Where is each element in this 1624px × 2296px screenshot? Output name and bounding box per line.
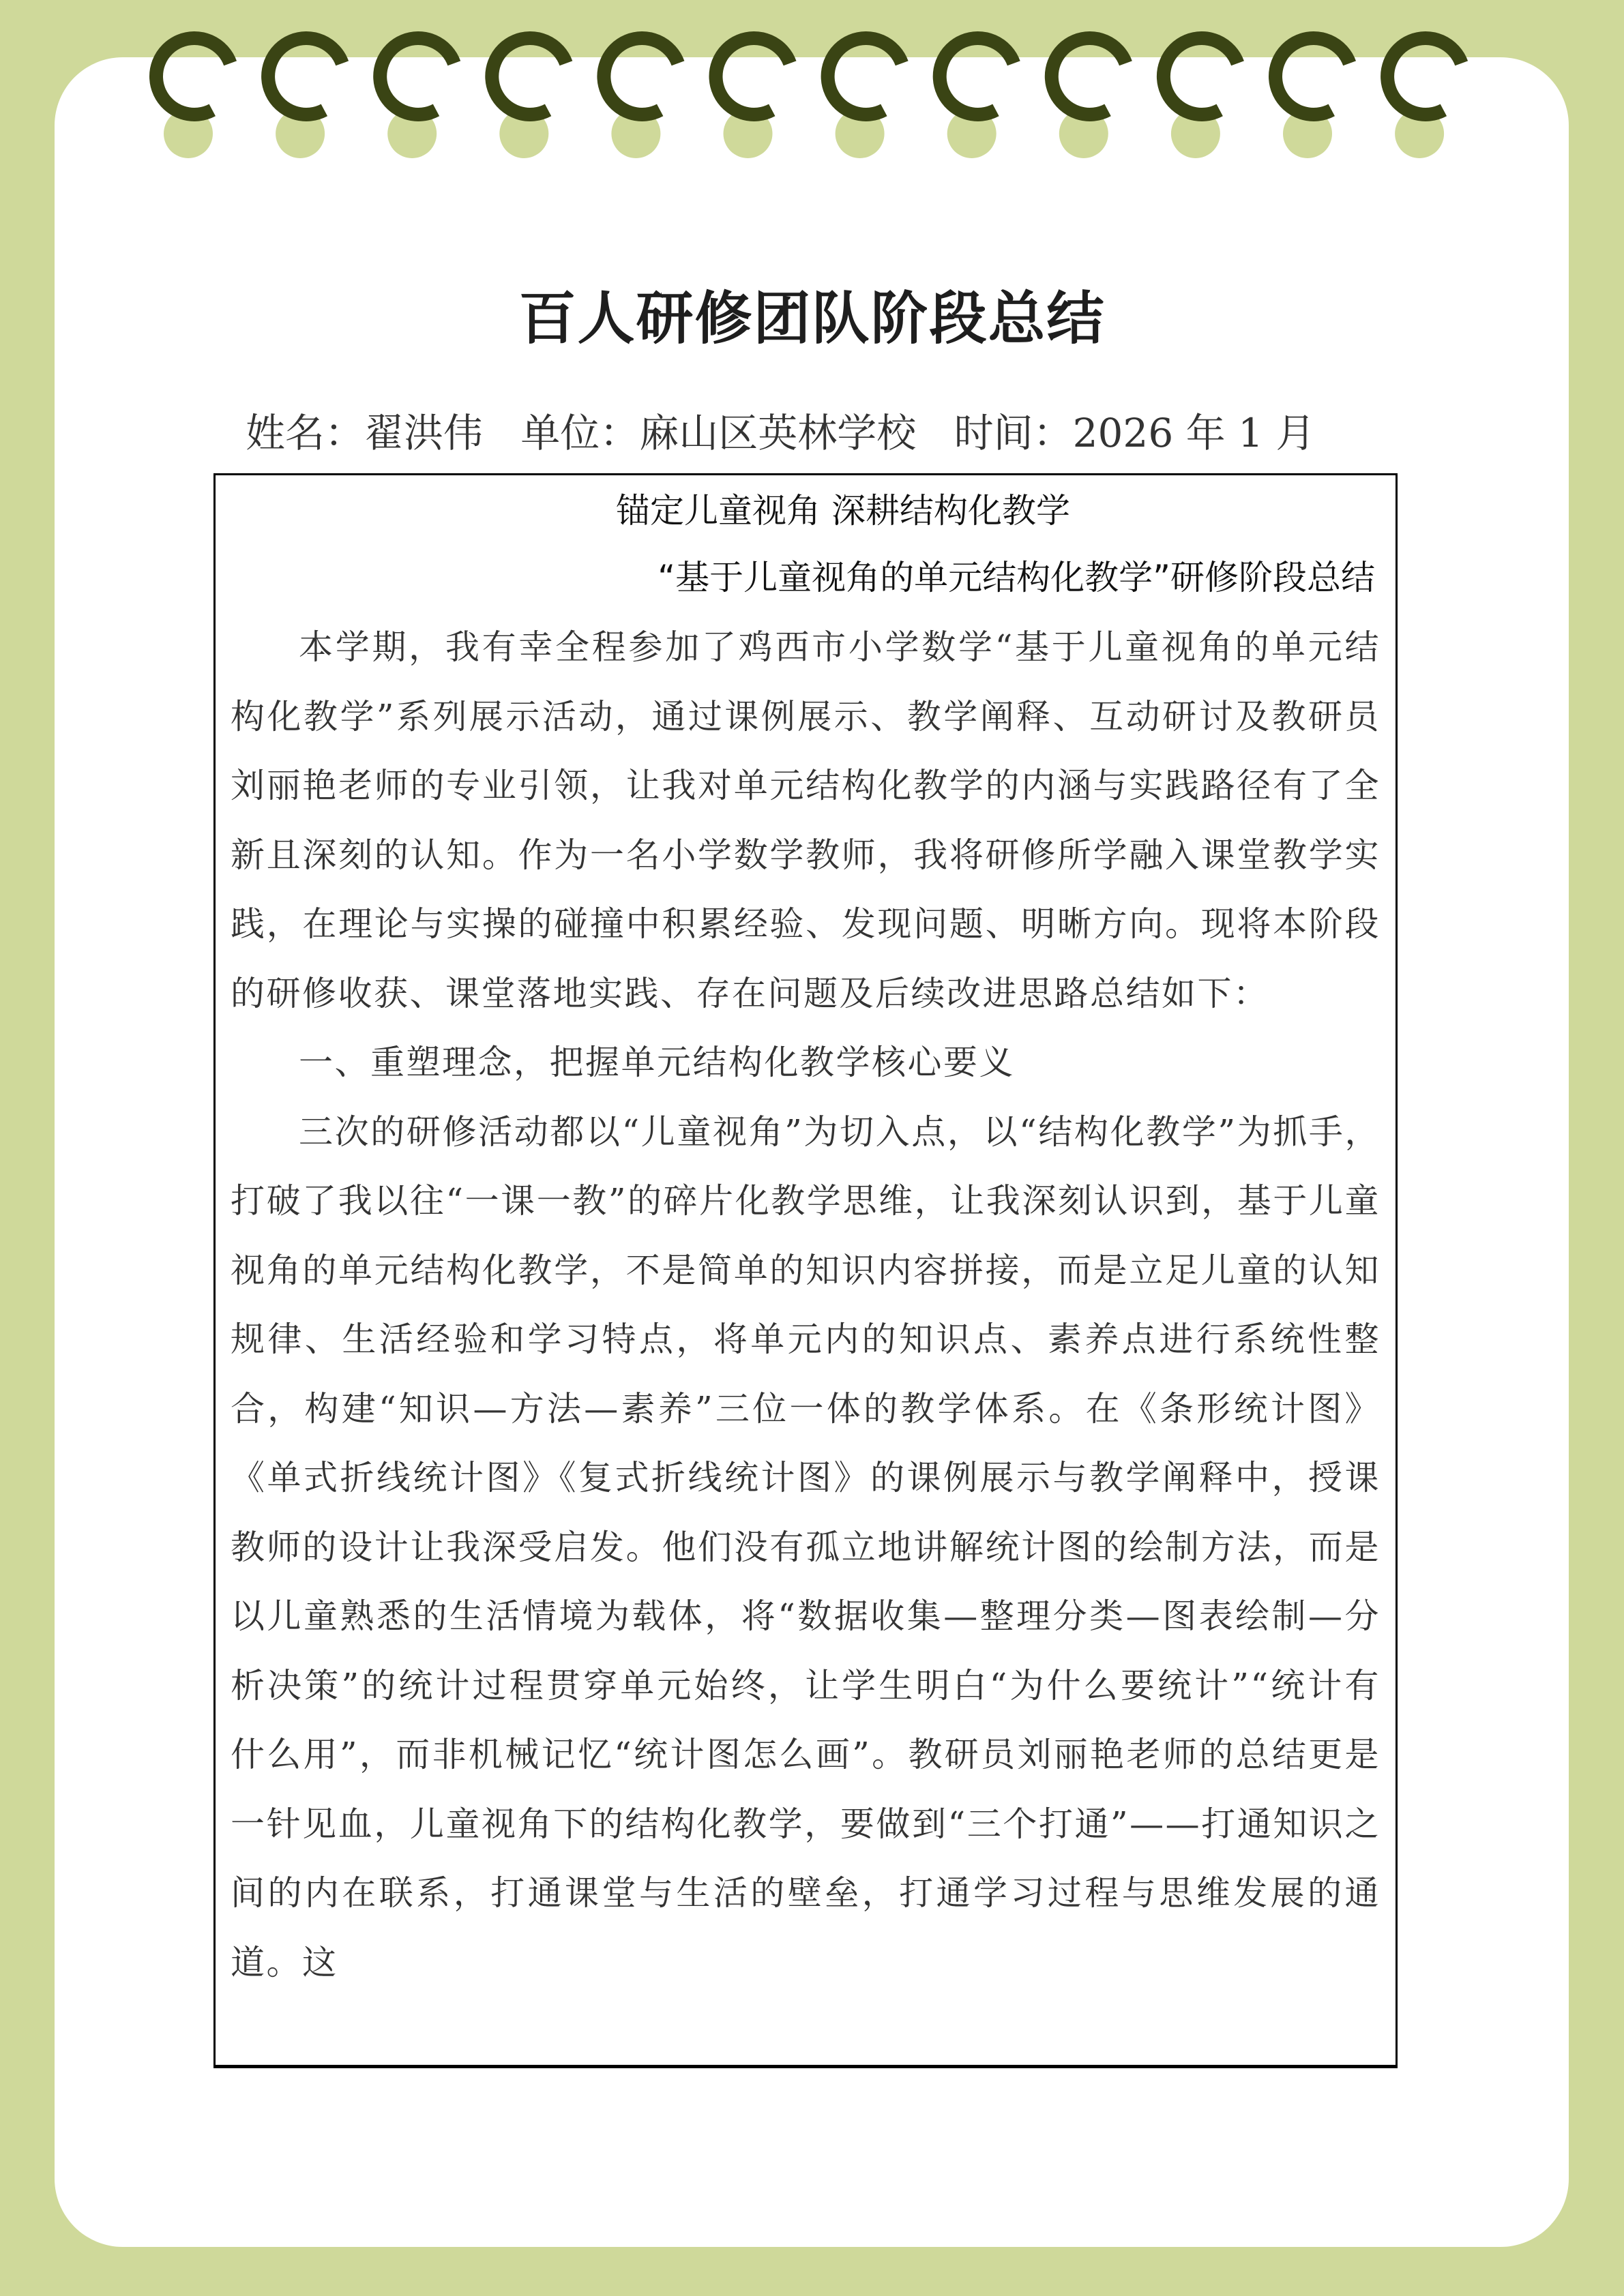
binder-ring-icon (380, 38, 454, 158)
paragraph-intro: 本学期，我有幸全程参加了鸡西市小学数学“基于儿童视角的单元结构化教学”系列展示活… (231, 613, 1381, 1028)
author-meta-line: 姓名：翟洪伟 单位：麻山区英林学校 时间：2026 年 1 月 (246, 401, 1315, 458)
binder-ring-icon (828, 38, 902, 158)
page-title: 百人研修团队阶段总结 (0, 273, 1624, 355)
spiral-binding (0, 0, 1624, 177)
binder-ring-icon (940, 38, 1014, 158)
binder-ring-icon (1387, 38, 1462, 158)
binder-ring-icon (268, 38, 342, 158)
section-subtitle-1: 锚定儿童视角 深耕结构化教学 (216, 483, 1396, 533)
binder-ring-icon (156, 38, 231, 158)
binder-ring-icon (1164, 38, 1238, 158)
binder-ring-icon (1052, 38, 1126, 158)
content-box: 锚定儿童视角 深耕结构化教学 “基于儿童视角的单元结构化教学”研修阶段总结 本学… (213, 473, 1398, 2068)
binder-ring-icon (604, 38, 678, 158)
heading-section-1: 一、重塑理念，把握单元结构化教学核心要义 (231, 1028, 1381, 1098)
body-text: 本学期，我有幸全程参加了鸡西市小学数学“基于儿童视角的单元结构化教学”系列展示活… (231, 613, 1381, 1997)
binder-ring-icon (716, 38, 791, 158)
binder-ring-icon (492, 38, 566, 158)
binder-ring-icon (1275, 38, 1350, 158)
section-subtitle-2: “基于儿童视角的单元结构化教学”研修阶段总结 (658, 550, 1375, 599)
paragraph-section-1: 三次的研修活动都以“儿童视角”为切入点，以“结构化教学”为抓手，打破了我以往“一… (231, 1098, 1381, 1998)
